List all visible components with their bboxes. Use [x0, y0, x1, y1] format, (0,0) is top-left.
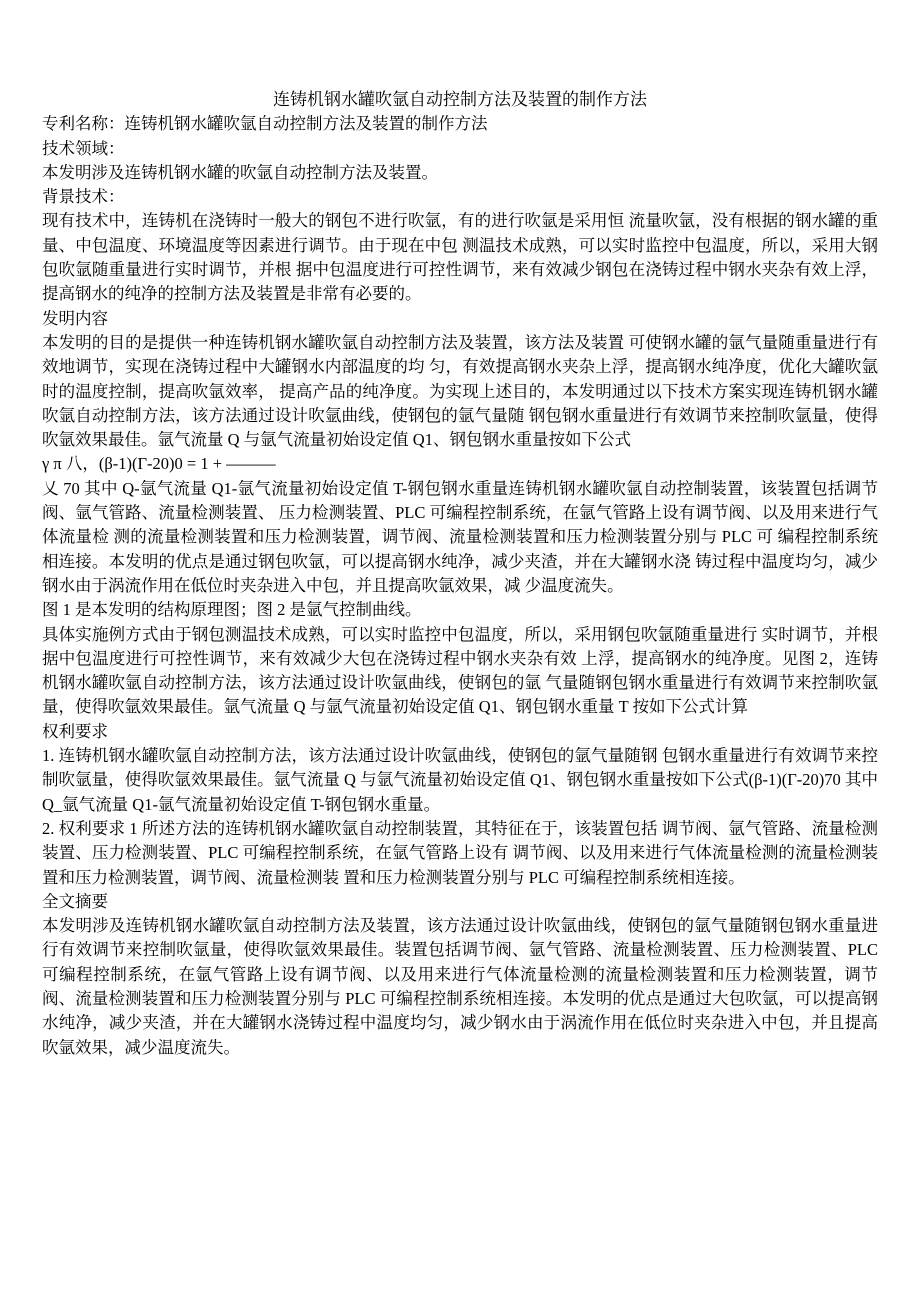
paragraph: γ π 八，(β-1)(Γ-20)0 = 1 + ———: [42, 452, 878, 476]
paragraph: 1. 连铸机钢水罐吹氩自动控制方法，该方法通过设计吹氩曲线，使钢包的氩气量随钢 …: [42, 744, 878, 817]
paragraph: 技术领域：: [42, 137, 878, 161]
patent-document-page: 连铸机钢水罐吹氩自动控制方法及装置的制作方法 专利名称：连铸机钢水罐吹氩自动控制…: [42, 88, 878, 1060]
document-title: 连铸机钢水罐吹氩自动控制方法及装置的制作方法: [42, 88, 878, 112]
paragraph: 全文摘要: [42, 890, 878, 914]
paragraph: 本发明涉及连铸机钢水罐吹氩自动控制方法及装置，该方法通过设计吹氩曲线，使钢包的氩…: [42, 914, 878, 1060]
paragraph: 具体实施例方式由于钢包测温技术成熟，可以实时监控中包温度，所以，采用钢包吹氩随重…: [42, 623, 878, 720]
paragraph: 现有技术中，连铸机在浇铸时一般大的钢包不进行吹氩，有的进行吹氩是采用恒 流量吹氩…: [42, 209, 878, 306]
paragraph: 专利名称：连铸机钢水罐吹氩自动控制方法及装置的制作方法: [42, 112, 878, 136]
paragraph: 发明内容: [42, 307, 878, 331]
paragraph: 图 1 是本发明的结构原理图；图 2 是氩气控制曲线。: [42, 598, 878, 622]
paragraph: 本发明涉及连铸机钢水罐的吹氩自动控制方法及装置。: [42, 161, 878, 185]
paragraph: 背景技术：: [42, 185, 878, 209]
paragraph: 本发明的目的是提供一种连铸机钢水罐吹氩自动控制方法及装置，该方法及装置 可使钢水…: [42, 331, 878, 452]
paragraph: 权利要求: [42, 720, 878, 744]
document-body: 专利名称：连铸机钢水罐吹氩自动控制方法及装置的制作方法技术领域：本发明涉及连铸机…: [42, 112, 878, 1060]
paragraph: 2. 权利要求 1 所述方法的连铸机钢水罐吹氩自动控制装置，其特征在于，该装置包…: [42, 817, 878, 890]
paragraph: 乂 70 其中 Q-氩气流量 Q1-氩气流量初始设定值 T-钢包钢水重量连铸机钢…: [42, 477, 878, 598]
